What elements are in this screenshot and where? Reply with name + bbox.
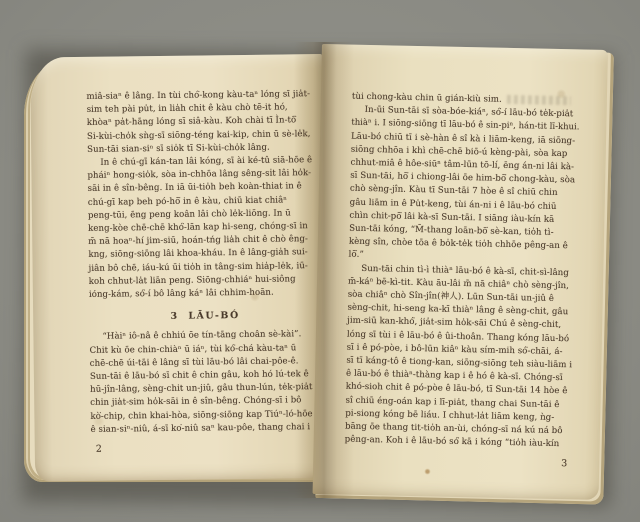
- left-page: miâ-siaⁿ ê lâng. In tùi chó͘-kong kàu-ta…: [30, 54, 327, 482]
- text-line: ê sian-siⁿ-niû, á-sī ko͘-niû saⁿ kau-pôe…: [90, 421, 322, 437]
- ink-show-through: [507, 95, 571, 105]
- page-number: 3: [344, 453, 572, 471]
- page-number: 2: [91, 440, 323, 456]
- left-page-text: miâ-siaⁿ ê lâng. In tùi chó͘-kong kàu-ta…: [86, 88, 322, 456]
- right-page-text: tùi chong-kàu chin ū gián-kiù sim.In-ūi …: [344, 91, 580, 471]
- photo-of-open-book: miâ-siaⁿ ê lâng. In tùi chó͘-kong kàu-ta…: [0, 0, 640, 522]
- section-heading: 3 LĀU-BÓ: [89, 308, 321, 324]
- text-line: ióng-kám, só͘-í bô lâng káⁿ lâi chhim-ho…: [89, 286, 321, 302]
- right-page: tùi chong-kàu chin ū gián-kiù sim.In-ūi …: [313, 44, 608, 500]
